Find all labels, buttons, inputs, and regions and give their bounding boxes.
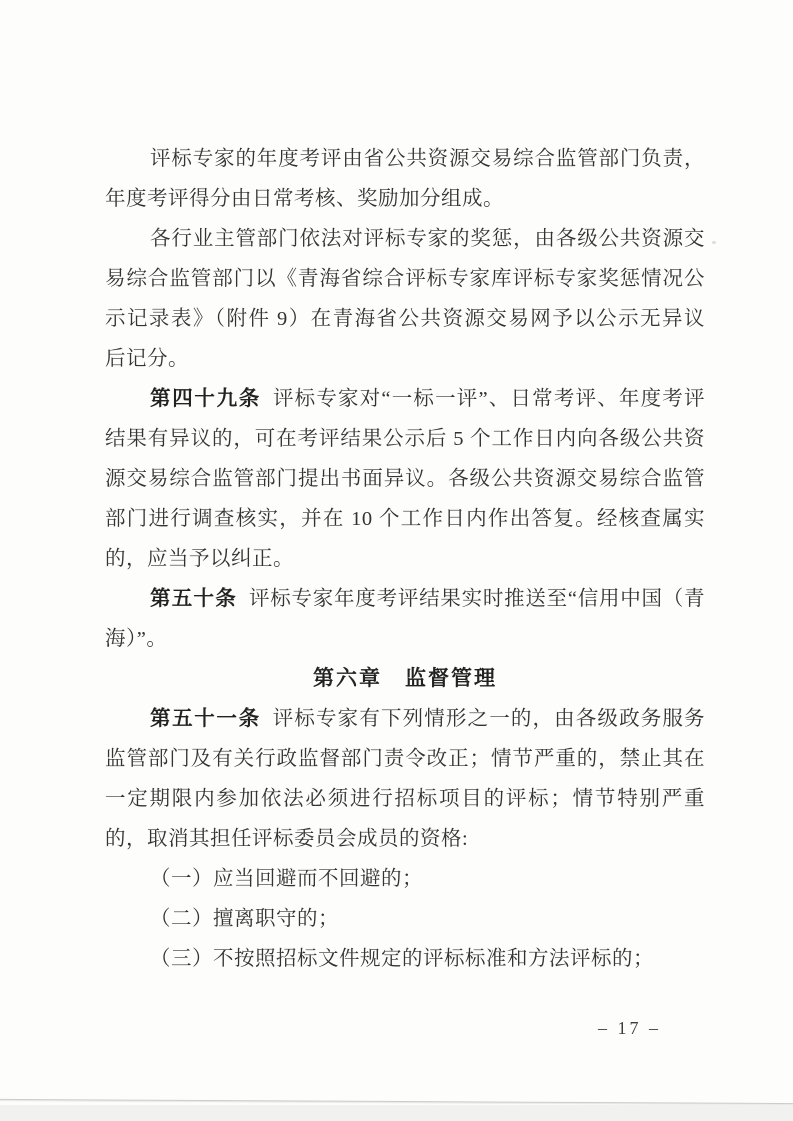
- list-item: （三）不按照招标文件规定的评标标准和方法评标的；: [105, 939, 705, 979]
- doc-line: 的，取消其担任评标委员会成员的资格:: [105, 819, 705, 859]
- scan-background-strip: [0, 1105, 793, 1121]
- scan-artifact-speck: [712, 241, 716, 244]
- scan-page-bottom-edge: [0, 1099, 793, 1104]
- doc-line-text: 评标专家对“一标一评”、日常考评、年度考评: [273, 388, 705, 410]
- doc-line: 易综合监管部门以《青海省综合评标专家库评标专家奖惩情况公: [105, 259, 705, 299]
- document-body: 评标专家的年度考评由省公共资源交易综合监管部门负责， 年度考评得分由日常考核、奖…: [105, 139, 705, 979]
- list-item: （二）擅离职守的；: [105, 899, 705, 939]
- chapter-heading: 第六章 监督管理: [105, 659, 705, 699]
- article-51-number: 第五十一条: [150, 707, 261, 730]
- doc-line: 第四十九条评标专家对“一标一评”、日常考评、年度考评: [105, 379, 705, 419]
- doc-line: 源交易综合监管部门提出书面异议。各级公共资源交易综合监管: [105, 459, 705, 499]
- doc-line: 结果有异议的，可在考评结果公示后 5 个工作日内向各级公共资: [105, 419, 705, 459]
- doc-line: 的，应当予以纠正。: [105, 539, 705, 579]
- doc-line: 一定期限内参加依法必须进行招标项目的评标；情节特别严重: [105, 779, 705, 819]
- doc-line: 海）”。: [105, 619, 705, 659]
- doc-line: 各行业主管部门依法对评标专家的奖惩，由各级公共资源交: [105, 219, 705, 259]
- doc-line: 第五十一条评标专家有下列情形之一的，由各级政务服务: [105, 699, 705, 739]
- article-50-number: 第五十条: [150, 587, 237, 610]
- doc-line-text: 评标专家有下列情形之一的，由各级政务服务: [273, 708, 705, 730]
- scanned-document-page: 评标专家的年度考评由省公共资源交易综合监管部门负责， 年度考评得分由日常考核、奖…: [0, 0, 793, 1121]
- doc-line: 监管部门及有关行政监督部门责令改正；情节严重的，禁止其在: [105, 739, 705, 779]
- page-number: – 17 –: [598, 1018, 661, 1039]
- list-item: （一）应当回避而不回避的；: [105, 859, 705, 899]
- doc-line: 示记录表》（附件 9）在青海省公共资源交易网予以公示无异议: [105, 299, 705, 339]
- doc-line-text: 评标专家年度考评结果实时推送至“信用中国（青: [249, 588, 705, 610]
- doc-line: 评标专家的年度考评由省公共资源交易综合监管部门负责，: [105, 139, 705, 179]
- doc-line: 部门进行调查核实，并在 10 个工作日内作出答复。经核查属实: [105, 499, 705, 539]
- doc-line: 年度考评得分由日常考核、奖励加分组成。: [105, 179, 705, 219]
- doc-line: 第五十条评标专家年度考评结果实时推送至“信用中国（青: [105, 579, 705, 619]
- doc-line: 后记分。: [105, 339, 705, 379]
- article-49-number: 第四十九条: [150, 387, 261, 410]
